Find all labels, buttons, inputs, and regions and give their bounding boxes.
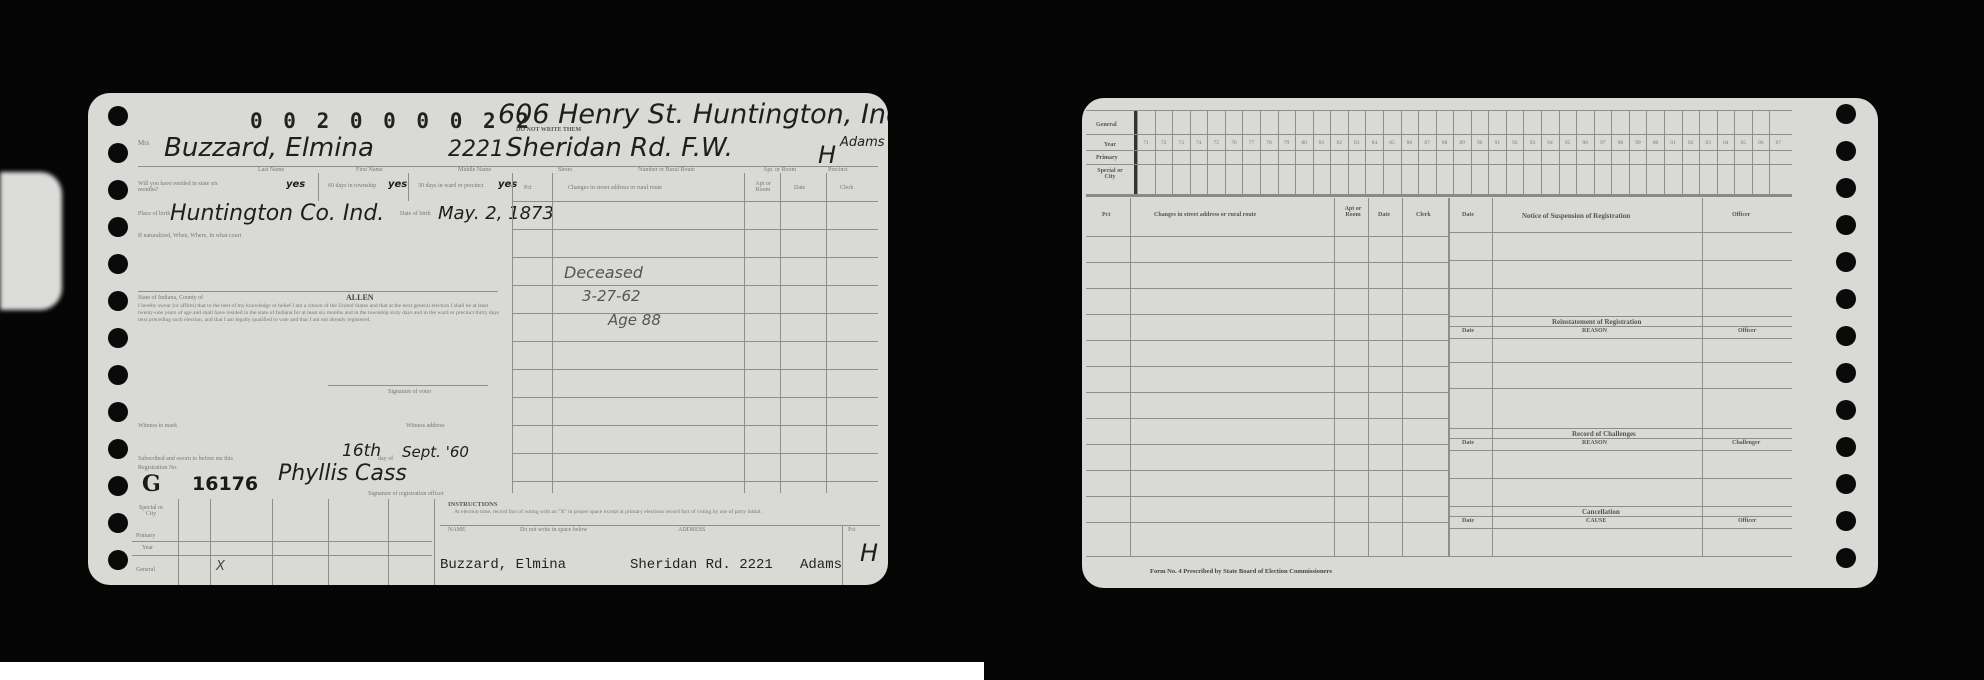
year-label: 98 [1613,140,1627,146]
year-column-divider [1769,110,1770,194]
year-label: 02 [1684,140,1698,146]
year-column-divider [1734,110,1735,194]
punch-hole [1836,215,1856,235]
changes-header-date: Date [794,185,805,191]
year-column-divider [1594,110,1595,194]
punch-hole [108,402,128,422]
changes-header-pct: Pct [1102,212,1110,218]
label-residence-state: Will you have resided in state six month… [138,181,218,193]
year-label: 76 [1227,140,1241,146]
vote-label-general: General [136,567,155,573]
typed-name: Buzzard, Elmina [440,557,566,573]
year-label: 00 [1648,140,1662,146]
punch-hole [108,476,128,496]
changes-header-address: Changes in street address or rural route [1154,212,1256,218]
year-label: 74 [1192,140,1206,146]
year-column-divider [1629,110,1630,194]
suspension-header-date: Date [1462,212,1474,218]
typed-pct: H [860,539,878,567]
punch-hole [1836,326,1856,346]
punch-hole [1836,511,1856,531]
year-column-divider [1137,110,1138,194]
scan-margin-strip [0,662,984,680]
punch-hole [1836,437,1856,457]
street-handwritten: Sheridan Rd. F.W. [506,133,733,163]
punch-hole [108,550,128,570]
year-column-divider [1365,110,1366,194]
year-label: 07 [1771,140,1785,146]
punch-hole [1836,141,1856,161]
year-label: 86 [1403,140,1417,146]
registration-number: 16176 [192,473,258,495]
year-label: 92 [1508,140,1522,146]
year-label: 88 [1438,140,1452,146]
challenges-header-reason: REASON [1582,440,1607,446]
year-label: 84 [1367,140,1381,146]
year-column-divider [1260,110,1261,194]
year-column-divider [1242,110,1243,194]
precinct-handwritten: H [818,141,836,169]
year-column-divider [1646,110,1647,194]
challenges-title: Record of Challenges [1572,430,1636,438]
punch-hole [108,291,128,311]
answer-residence-township: yes [388,179,407,190]
punch-hole [108,439,128,459]
bottom-label-name: NAME [448,527,466,533]
cancellation-title: Cancellation [1582,508,1620,516]
deceased-note: Deceased [564,263,643,282]
label-street: Street [558,167,572,173]
year-column-divider [1330,110,1331,194]
label-residence-township: 60 days in township [328,183,376,189]
year-column-divider [1313,110,1314,194]
year-label: 75 [1209,140,1223,146]
year-column-divider [1699,110,1700,194]
title-prefix: Mrs [138,139,149,147]
sworn-day-handwritten: 16th [342,441,381,461]
oath-text: I hereby swear (or affirm) that to the b… [138,303,500,324]
sworn-month-handwritten: Sept. '60 [402,443,469,461]
year-label: 91 [1490,140,1504,146]
punch-hole [1836,474,1856,494]
changes-header-clerk: Clerk [1416,212,1431,218]
challenges-header-date: Date [1462,440,1474,446]
answer-residence-ward: yes [498,179,517,190]
top-address-handwritten: 606 Henry St. Huntington, Ind [498,99,888,130]
suspension-header-officer: Officer [1732,212,1750,218]
county-value: ALLEN [346,293,374,302]
year-label: 72 [1157,140,1171,146]
year-column-divider [1295,110,1296,194]
place-of-birth-handwritten: Huntington Co. Ind. [170,201,384,226]
label-signature-officer: Signature of registration officer [368,491,444,497]
punch-hole [108,365,128,385]
year-label: 80 [1297,140,1311,146]
year-label: 05 [1736,140,1750,146]
typed-ward: Adams [800,557,842,573]
date-of-birth-handwritten: May. 2, 1873 [438,203,554,224]
year-column-divider [1436,110,1437,194]
year-column-divider [1207,110,1208,194]
punch-hole [108,180,128,200]
sworn-prefix: Subscribed and sworn to before me this [138,456,233,462]
challenges-header-challenger: Challenger [1732,440,1760,446]
year-column-divider [1752,110,1753,194]
row-label-special: Special or City [1096,168,1124,180]
changes-header-pct: Pct [524,185,532,191]
year-column-divider [1471,110,1472,194]
label-witness-address: Witness address [406,423,445,429]
label-number-rural-route: Number or Rural Route [638,167,695,173]
year-label: 01 [1666,140,1680,146]
reinstatement-header-date: Date [1462,328,1474,334]
reinstatement-title: Reinstatement of Registration [1552,318,1641,326]
year-label: 99 [1631,140,1645,146]
year-column-divider [1506,110,1507,194]
typed-address: Sheridan Rd. 2221 [630,557,773,573]
year-label: 95 [1561,140,1575,146]
punch-hole [108,217,128,237]
year-column-divider [1172,110,1173,194]
label-precinct: Precinct [828,167,848,173]
form-footer: Form No. 4 Prescribed by State Board of … [1150,568,1332,575]
year-label: 87 [1420,140,1434,146]
ward-handwritten: Adams [840,135,885,150]
changes-header-address: Changes in street address or rural route [568,185,662,191]
year-column-divider [1453,110,1454,194]
deceased-age: Age 88 [608,311,661,329]
year-label: 06 [1754,140,1768,146]
punch-hole [108,143,128,163]
label-place-of-birth: Place of birth [138,211,170,217]
year-label: 96 [1578,140,1592,146]
label-date-of-birth: Date of birth [400,211,431,217]
year-label: 93 [1525,140,1539,146]
label-naturalized: If naturalized, When, Where, In what cou… [138,233,241,239]
bottom-label-do-not-write: Do not write in space below [520,527,587,533]
voter-name-handwritten: Buzzard, Elmina [164,133,374,163]
year-column-divider [1682,110,1683,194]
bottom-label-address: ADDRESS [678,527,705,533]
label-first-name: First Name [356,167,383,173]
year-label: 82 [1332,140,1346,146]
punch-hole [108,106,128,126]
punch-hole [108,254,128,274]
street-number-handwritten: 2221 [448,137,504,162]
year-column-divider [1225,110,1226,194]
year-column-divider [1576,110,1577,194]
serial-number: 0 0 2 0 0 0 0 2 2 [250,109,533,133]
changes-header-clerk: Clerk [840,185,853,191]
year-column-divider [1190,110,1191,194]
year-column-divider [1523,110,1524,194]
instructions-title: INSTRUCTIONS [448,501,498,508]
year-column-divider [1664,110,1665,194]
punch-hole [1836,400,1856,420]
year-label: 94 [1543,140,1557,146]
year-column-divider [1488,110,1489,194]
punch-hole [1836,289,1856,309]
year-label: 79 [1280,140,1294,146]
instructions-text: At election time, record fact of voting … [454,509,854,516]
year-label: 73 [1174,140,1188,146]
cancellation-header-date: Date [1462,518,1474,524]
year-column-divider [1541,110,1542,194]
punch-hole [1836,178,1856,198]
punch-hole [108,328,128,348]
year-column-divider [1383,110,1384,194]
year-column-divider [1155,110,1156,194]
punch-hole [1836,252,1856,272]
year-column-divider [1418,110,1419,194]
vote-label-year: Year [142,545,153,551]
punch-hole [108,513,128,533]
answer-residence-state: yes [286,179,305,190]
changes-header-date: Date [1378,212,1390,218]
year-label: 03 [1701,140,1715,146]
year-label: 83 [1350,140,1364,146]
changes-header-apt: Apt or Room [1338,206,1368,218]
year-grid: 7172737475767778798081828384858687888990… [1137,110,1787,194]
registration-card-front: 0 0 2 0 0 0 0 2 2 DO NOT WRITE THEM 606 … [88,93,888,585]
county-label: State of Indiana, County of [138,295,203,301]
year-column-divider [1278,110,1279,194]
registration-card-back: General Year Primary Special or City 717… [1082,98,1878,588]
row-label-primary: Primary [1096,155,1118,161]
year-label: 89 [1455,140,1469,146]
changes-header-apt: Apt or Room [748,181,778,193]
reinstatement-header-reason: REASON [1582,328,1607,334]
year-label: 81 [1315,140,1329,146]
vote-label-primary: Primary [136,533,155,539]
year-label: 85 [1385,140,1399,146]
label-witness-to-mark: Witness to mark [138,423,177,429]
year-label: 77 [1244,140,1258,146]
year-column-divider [1348,110,1349,194]
year-column-divider [1401,110,1402,194]
row-label-year: Year [1104,142,1116,148]
punch-hole [1836,104,1856,124]
general-vote-mark: X [216,559,225,574]
label-residence-ward: 30 days in ward or precinct [418,183,483,189]
punch-hole [1836,363,1856,383]
label-signature-voter: Signature of voter [388,389,431,395]
series-letter: G [142,471,161,497]
label-middle-name: Middle Name [458,167,491,173]
label-last-name: Last Name [258,167,284,173]
year-label: 90 [1473,140,1487,146]
year-label: 78 [1262,140,1276,146]
reinstatement-header-officer: Officer [1738,328,1756,334]
officer-signature-handwritten: Phyllis Cass [278,461,407,486]
row-label-general: General [1096,122,1117,128]
year-column-divider [1611,110,1612,194]
year-label: 97 [1596,140,1610,146]
bottom-label-pct: Pct [848,527,856,533]
cancellation-header-officer: Officer [1738,518,1756,524]
adjacent-card-edge [0,172,62,310]
cancellation-header-cause: CAUSE [1586,518,1606,524]
deceased-date: 3-27-62 [582,287,641,305]
suspension-header-notice: Notice of Suspension of Registration [1522,212,1630,220]
year-column-divider [1717,110,1718,194]
year-label: 04 [1719,140,1733,146]
year-column-divider [1559,110,1560,194]
punch-hole [1836,548,1856,568]
vote-label-special: Special or City [136,505,166,517]
year-label: 71 [1139,140,1153,146]
